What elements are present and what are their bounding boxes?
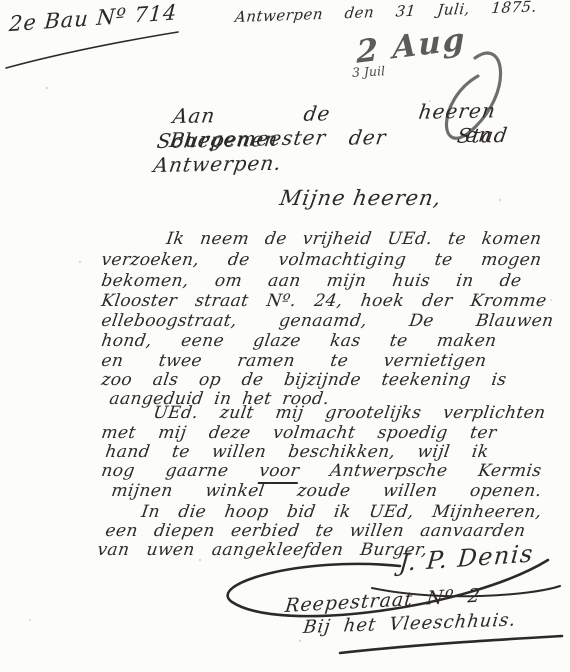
body-line-13-post: Antwerpsche Kermis (298, 461, 543, 481)
body-line-3: bekomen, om aan mijn huis in de (100, 272, 523, 292)
body-line-13-pre: nog gaarne (100, 461, 261, 481)
recipient-line-2: Schepenen der Stad Antwerpen. (152, 123, 510, 177)
body-line-5: elleboogstraat, genaamd, De Blauwen (100, 312, 555, 332)
body-line-12: hand te willen beschikken, wijl ik (104, 443, 490, 463)
body-line-10: UEd. zult mij grootelijks verplichten (152, 404, 547, 424)
body-line-17: van uwen aangekleefden Burger, (96, 541, 429, 561)
body-line-8: zoo als op de bijzijnde teekening is (100, 371, 508, 391)
reference-number: 2e Bau Nº 714 (8, 0, 178, 36)
body-line-6: hond, eene glaze kas te maken (100, 332, 498, 352)
closing-flourish-stroke (340, 636, 562, 653)
dateline: Antwerpen den 31 Juli, 1875. (234, 0, 538, 26)
body-line-13: nog gaarne voor Antwerpsche Kermis (100, 462, 543, 482)
salutation: Mijne heeren, (278, 186, 443, 210)
body-line-4: Klooster straat Nº. 24, hoek der Kromme (100, 292, 548, 312)
body-line-16: een diepen eerbied te willen aanvaarden (104, 522, 527, 542)
letter-page: 2e Bau Nº 714 Antwerpen den 31 Juli, 187… (0, 0, 570, 672)
annotation-received-date-small: 3 Juil (352, 63, 386, 80)
body-line-11: met mij deze volmacht spoedig ter (100, 424, 498, 444)
body-line-2: verzoeken, de volmachtiging te mogen (100, 251, 543, 271)
body-line-14: mijnen winkel zoude willen openen. (110, 482, 543, 502)
body-line-15: In die hoop bid ik UEd, Mijnheeren, (140, 503, 543, 523)
body-line-1: Ik neem de vrijheid UEd. te komen (165, 230, 543, 250)
body-line-7: en twee ramen te vernietigen (100, 352, 488, 372)
reference-underline-stroke (6, 32, 178, 68)
